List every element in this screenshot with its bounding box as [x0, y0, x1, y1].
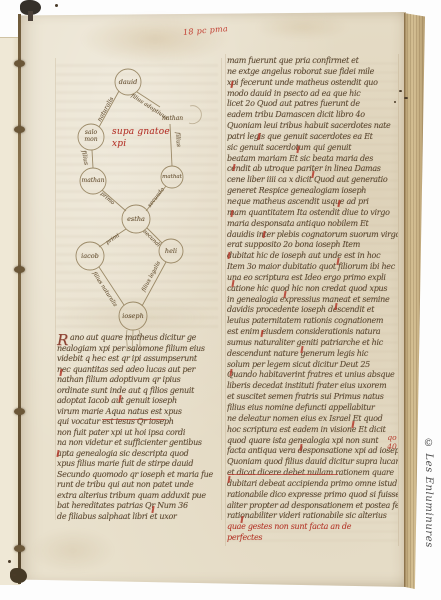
- manuscript-line: perfectes: [227, 533, 398, 544]
- margin-note: qo 40: [384, 434, 400, 451]
- edge-nathan-mathat: filius: [174, 132, 182, 147]
- edge-salomon-mathan: filius: [80, 150, 89, 166]
- manuscript-line: ne extge angelus roborat sue fidei mile: [227, 67, 398, 78]
- manuscript-line: ano aut quare matheus dicitur ge: [57, 333, 219, 344]
- red-underline: [102, 419, 165, 420]
- manuscript-line: extra alterius tribum quam adduxit pue: [57, 491, 219, 502]
- manuscript-line: neque matheus ascendit usque ad pri: [227, 197, 398, 208]
- manuscript-line: dubitat hic de ioseph aut unde est in ho…: [227, 251, 398, 262]
- manuscript-line: ordinate sunt inde aut q filios genuit: [57, 386, 219, 397]
- book-fore-edge: [404, 13, 425, 589]
- ink-speck: [13, 574, 16, 576]
- manuscript-line: videbit q hec est qr ipi assumpserunt: [57, 354, 219, 365]
- diagram-rubric-title: xpi: [112, 139, 126, 150]
- red-underline: [228, 474, 338, 475]
- manuscript-line: et suscitet semen fratris sui Primus nat…: [227, 392, 398, 403]
- ruling-line: [221, 58, 222, 520]
- manuscript-line: una eo scriptura est Ideo ergo primo exp…: [227, 273, 398, 284]
- manuscript-line: Quando habitaverint fratres et unius abs…: [227, 370, 398, 381]
- ink-speck: [399, 90, 402, 92]
- node-joseph: ioseph: [120, 313, 146, 320]
- sewing-knot: [14, 266, 25, 273]
- manuscript-line: mam quantitatem Ita ostendit diue to vir…: [227, 208, 398, 219]
- ruling-line: [225, 54, 226, 546]
- manuscript-line: xpus filius marie fuit de stirpe dauid: [57, 459, 219, 470]
- manuscript-line: Quoniam quod filius dauid dicitur supra …: [227, 457, 398, 468]
- manuscript-line: mam fuerunt que pria confirmet et: [227, 56, 398, 67]
- ink-speck: [55, 4, 58, 7]
- manuscript-line: catione hic quod hic non credat quod xpu…: [227, 284, 398, 295]
- manuscript-line: beatam mariam Et sic beata maria des: [227, 154, 398, 165]
- manuscript-line: xpi fecerunt unde matheus ostendit quo: [227, 78, 398, 89]
- manuscript-line: leuius paternitatem rationis cognationem: [227, 316, 398, 327]
- node-david: dauid: [116, 79, 140, 86]
- left-text-column: ano aut quare matheus dicitur genealogia…: [57, 333, 219, 522]
- sewing-knot: [14, 60, 25, 67]
- manuscript-line: Secundo quomodo qr ioseph et maria fue: [57, 470, 219, 481]
- ink-speck: [8, 560, 11, 563]
- manuscript-line: nealogiam xpi per salomone filium eius: [57, 344, 219, 355]
- manuscript-line: runt de tribu qui aut non patet unde: [57, 480, 219, 491]
- manuscript-line: in genealogia expressius maneat et semin…: [227, 295, 398, 306]
- manuscript-line: Quoniam leui tribus habuit sacerdotes na…: [227, 121, 398, 132]
- manuscript-line: sic genuit sacerdotum qui genuit: [227, 143, 398, 154]
- manuscript-line: adoptat Iacob aut genuit ioseph: [57, 396, 219, 407]
- manuscript-line: rationabile dico expresse primo quod si …: [227, 490, 398, 501]
- ink-speck: [404, 97, 408, 99]
- manuscript-line: nec quantitas sed adeo lucas aut per: [57, 365, 219, 376]
- manuscript-line: virum marie Aqua natus est xpus: [57, 407, 219, 418]
- manuscript-line: sumus naturaliter geniti patriarche et h…: [227, 338, 398, 349]
- manuscript-line: generet Respice genealogiam ioseph: [227, 186, 398, 197]
- manuscript-line: modo dauid in psecto ad ea que hic: [227, 89, 398, 100]
- manuscript-line: davidis procedente ioseph descendit et: [227, 305, 398, 316]
- manuscript-line: bat hereditates patrias Qr Num 36: [57, 501, 219, 512]
- sewing-knot: [14, 126, 25, 133]
- manuscript-line: quae gestes non sunt facta an de: [227, 522, 398, 533]
- manuscript-line: ne deleatur nomen eius ex Israel Et quod: [227, 414, 398, 425]
- manuscript-line: dauidis inter plebis cognatorum suorum v…: [227, 230, 398, 241]
- manuscript-line: facta antiqua vera desponsatione xpi ad …: [227, 446, 398, 457]
- node-heli: heli: [160, 248, 182, 255]
- node-mathan: mathan: [81, 178, 105, 185]
- manuscript-line: aliter propter ad desponsationem et post…: [227, 501, 398, 512]
- node-mathat: mathat: [161, 174, 183, 181]
- binding-sewing-line: [18, 14, 21, 584]
- manuscript-line: de filiabus salphaat libri et uxor: [57, 512, 219, 523]
- right-text-column: mam fuerunt que pria confirmet etne extg…: [227, 56, 398, 544]
- manuscript-line: Item 3o maior dubitatio quot filiorum ib…: [227, 262, 398, 273]
- manuscript-line: dubitari debeat accipienda primo omne is…: [227, 479, 398, 490]
- node-jacob: iacob: [78, 253, 102, 260]
- ruling-line: [398, 54, 399, 546]
- manuscript-line: rationabiliter videri rationabile sic al…: [227, 511, 398, 522]
- manuscript-line: descendunt nature generum legis hic: [227, 349, 398, 360]
- manuscript-line: solum per legem sicut dicitur Deut 25: [227, 360, 398, 371]
- manuscript-line: na non videtur et sufficienter gentibus: [57, 438, 219, 449]
- manuscript-line: erat supposito 2o bona ioseph Item: [227, 240, 398, 251]
- diagram-rubric-title: supa gnatoe: [112, 127, 170, 138]
- ruling-line: [55, 58, 56, 520]
- manuscript-line: est enim eiusdem considerationis natura: [227, 327, 398, 338]
- manuscript-line: hoc scriptura est eadem in visione Et di…: [227, 425, 398, 436]
- manuscript-line: licet 2o Quod aut patres fuerunt de: [227, 99, 398, 110]
- manuscript-line: non fuit pater xpi ut hoi ipsa cordi: [57, 428, 219, 439]
- node-estha: estha: [124, 216, 148, 223]
- sewing-knot: [14, 545, 25, 552]
- copyright-watermark: © Les Enluminures: [423, 438, 434, 598]
- sewing-knot: [14, 408, 25, 415]
- manuscript-line: apta genealogia sic descripta quod: [57, 449, 219, 460]
- manuscript-line: maria desponsata antiquo nobilem Et: [227, 219, 398, 230]
- manuscript-line: nathan filium adoptivum qr ipius: [57, 375, 219, 386]
- manuscript-line: filius eius nomine defuncti appellabitur: [227, 403, 398, 414]
- manuscript-photo: 18 pc pma dauid salo mon natha: [0, 0, 441, 600]
- node-salomon: salo mon: [80, 130, 102, 143]
- margin-note-line: 40: [384, 443, 400, 452]
- manuscript-line: quod quare ista genealogia xpi non sunt: [227, 436, 398, 447]
- manuscript-line: eadem tribu Damascen dicit libro 4o: [227, 110, 398, 121]
- manuscript-line: liberis decedat instituti frater eius ux…: [227, 381, 398, 392]
- manuscript-line: patri legis que genuit sacerdotes ea Et: [227, 132, 398, 143]
- facing-leaf-edge: [0, 37, 20, 585]
- bookmark-knob: [20, 0, 41, 15]
